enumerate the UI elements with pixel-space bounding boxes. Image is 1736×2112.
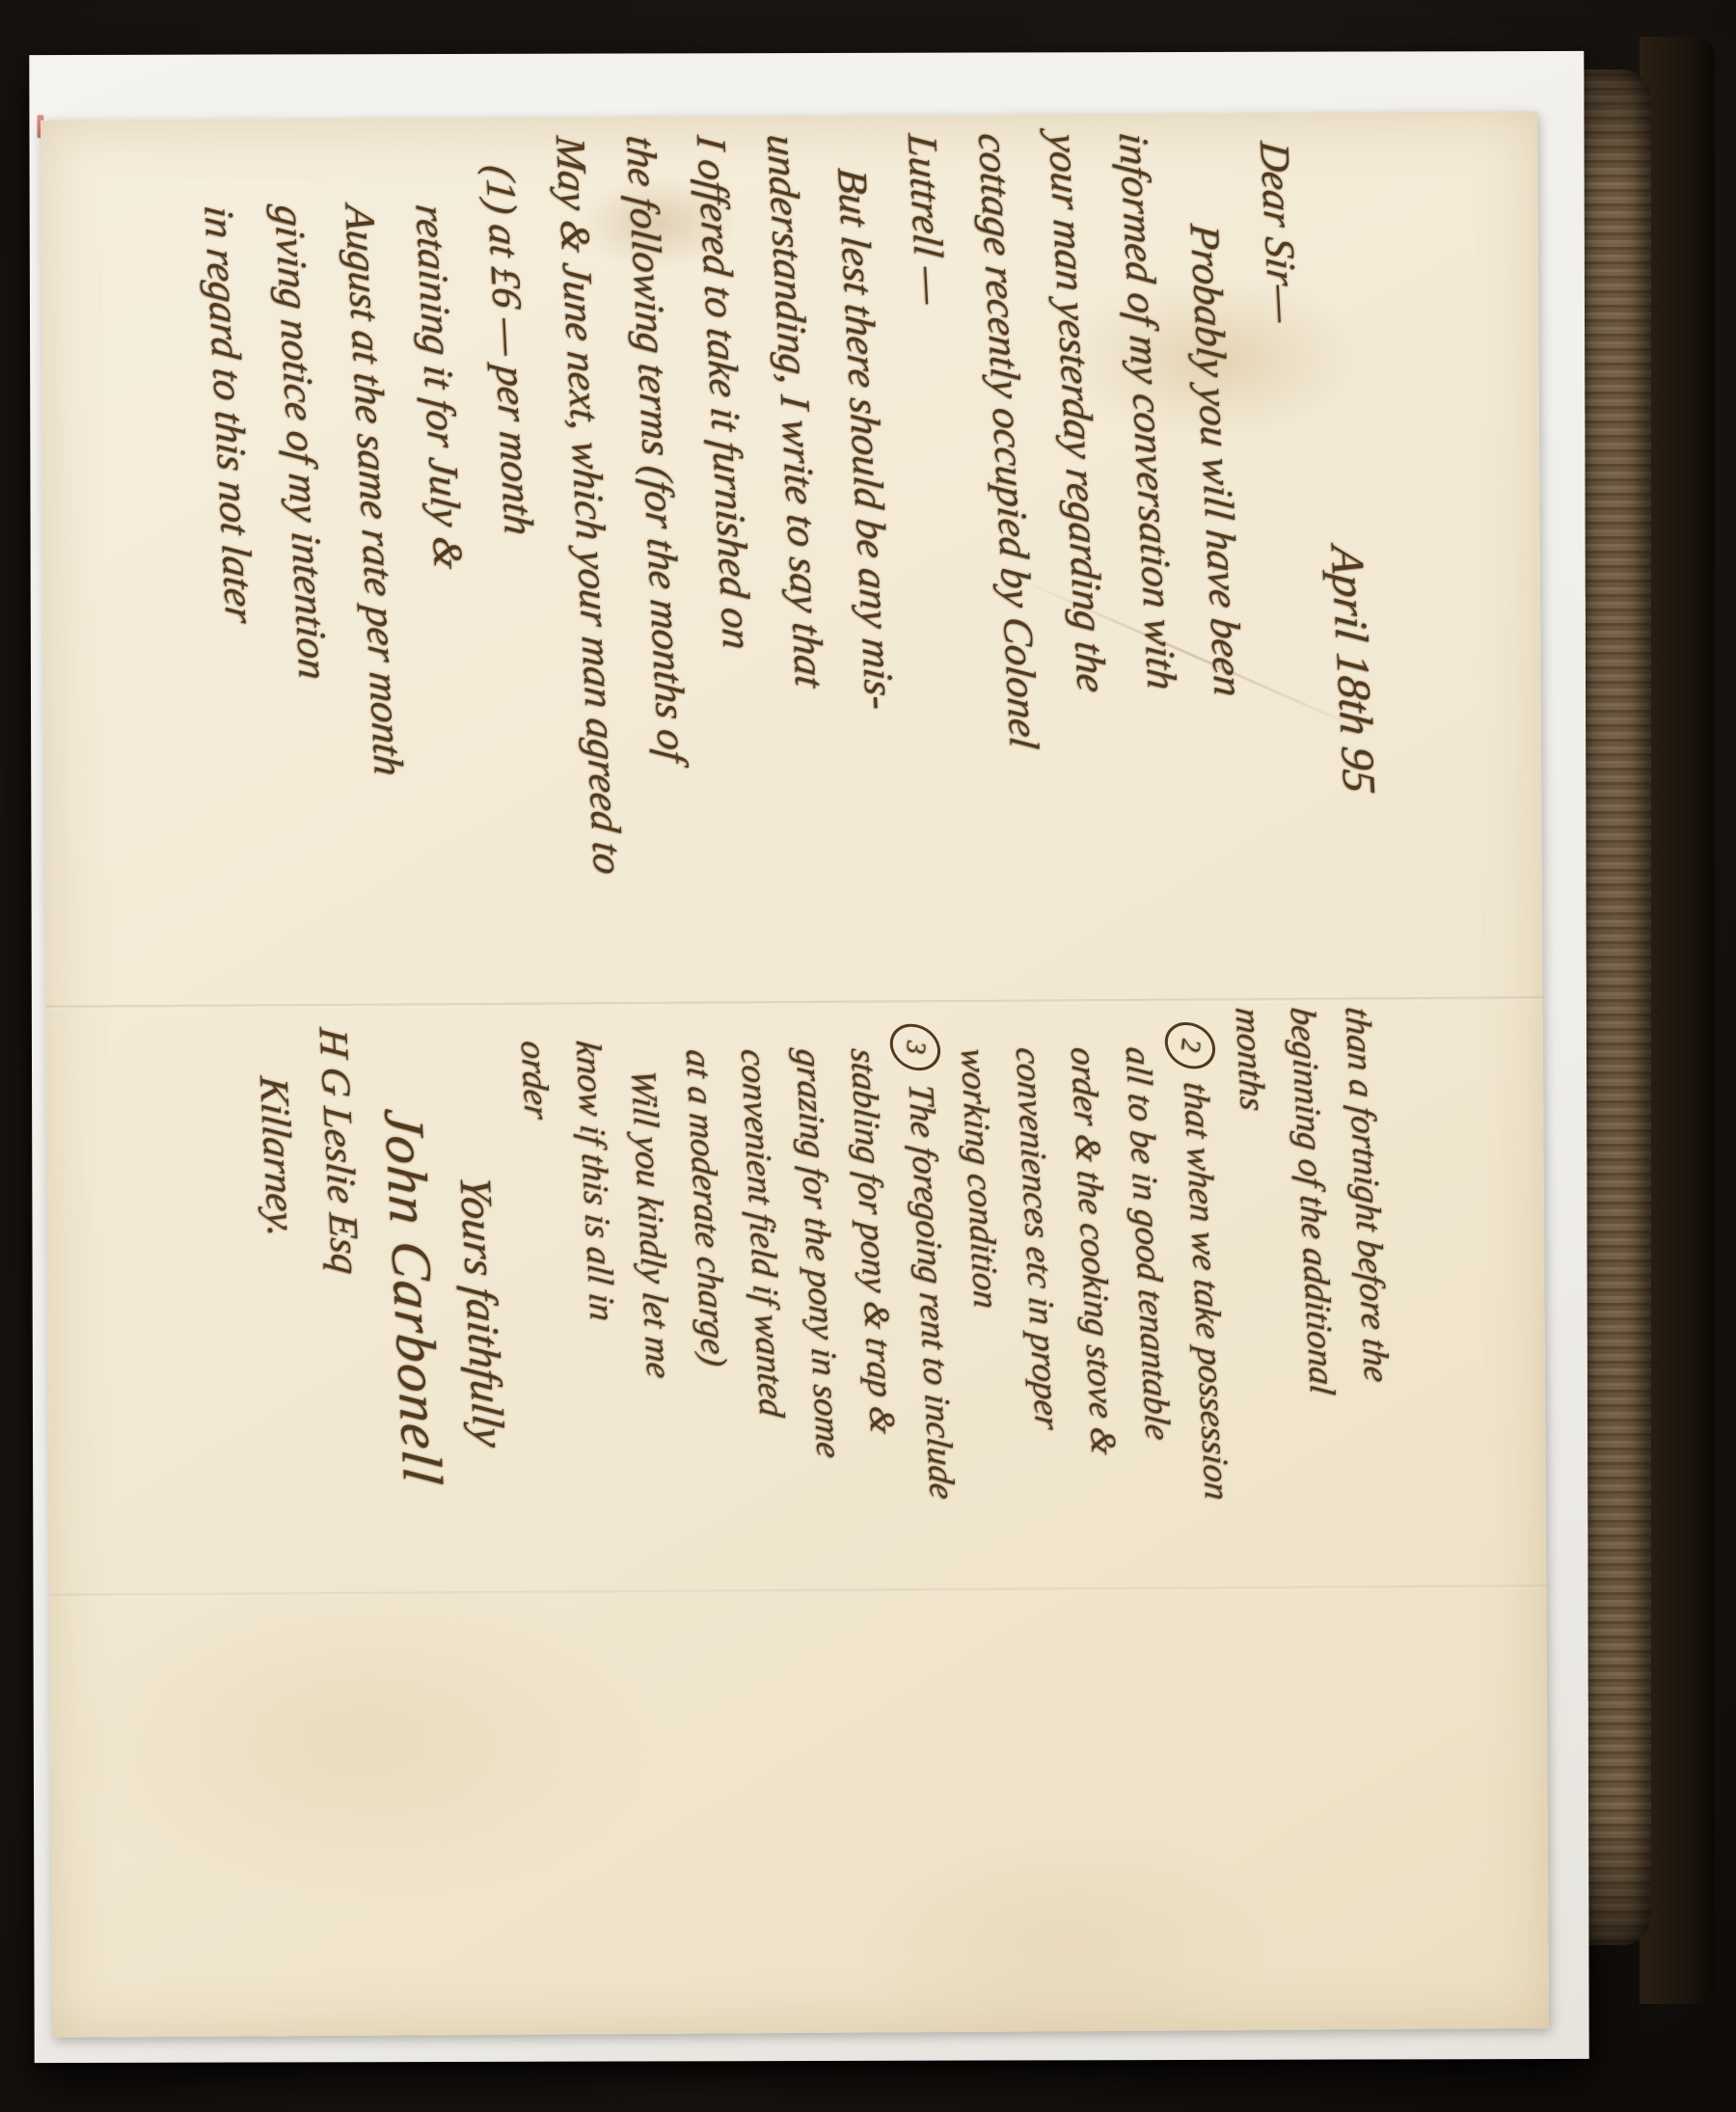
circled-item-number-3: 3 [887,1018,942,1075]
letter-page-1: April 18th 95Dear Sir—Probably you will … [154,131,1384,997]
rotated-text-block: April 18th 95Dear Sir—Probably you will … [154,131,1388,1523]
letter-page-2: than a fortnight before thebeginning of … [160,1007,1388,1523]
letter-sheet: April 18th 95Dear Sir—Probably you will … [41,111,1549,2037]
circled-item-number-2: 2 [1162,1016,1217,1073]
album-page: 145 April 18th 95Dear Sir—Probably you w… [29,51,1588,2063]
lower-crease [49,1584,1546,1597]
handwriting-area: April 18th 95Dear Sir—Probably you will … [154,131,1388,1523]
photo-scene: { "photo": { "page_number": "145", "ink_… [0,0,1736,2112]
